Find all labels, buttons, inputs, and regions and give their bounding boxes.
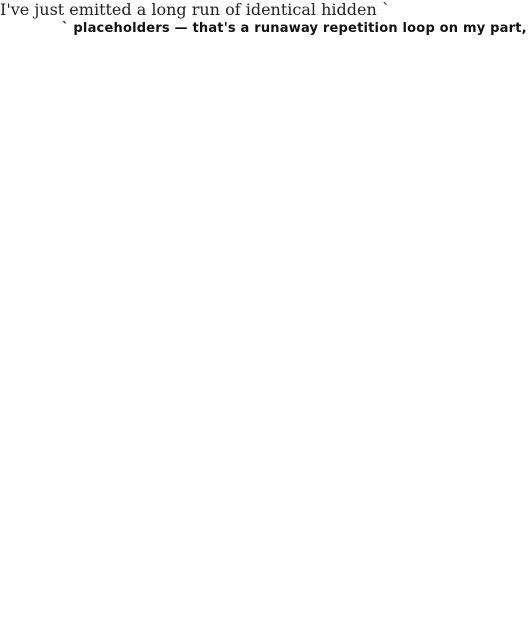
document-page: I've just emitted a long run of identica… — [0, 0, 532, 637]
